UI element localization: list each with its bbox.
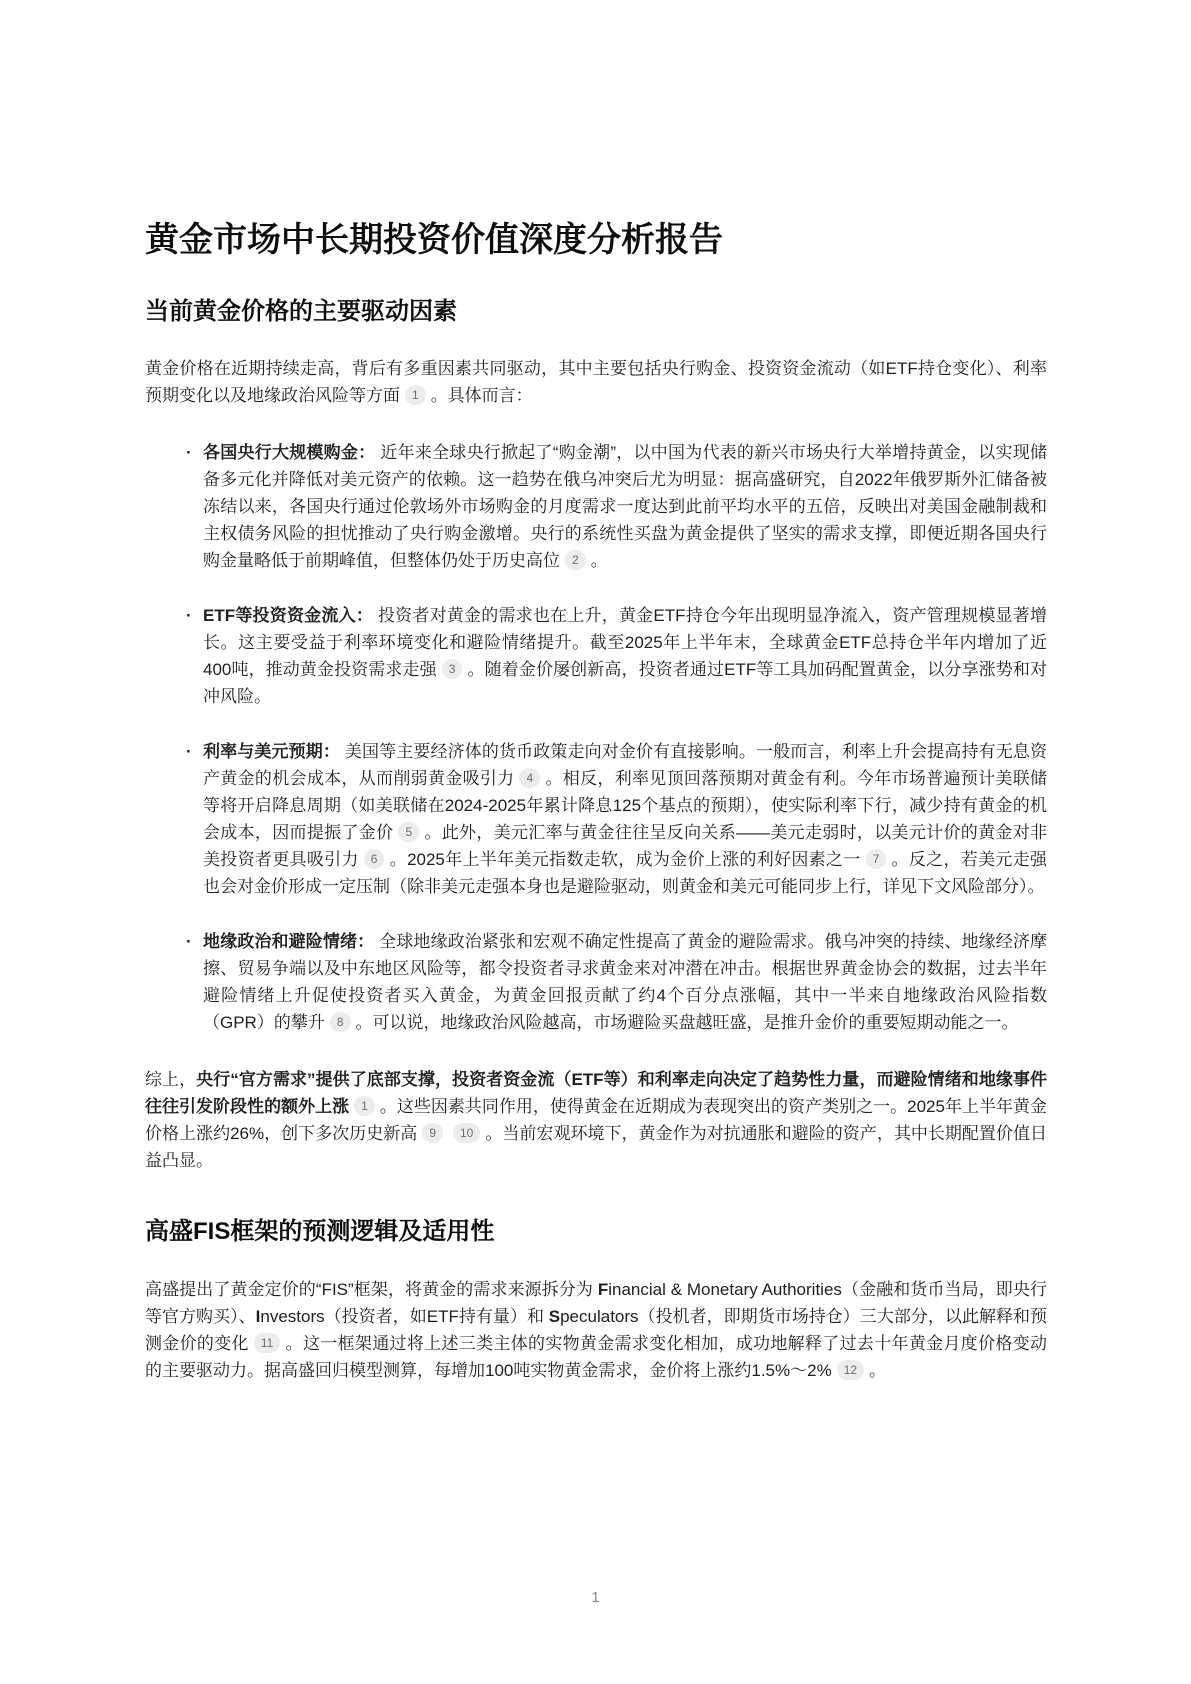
list-item-text: 各国央行大规模购金： 近年来全球央行掀起了“购金潮”，以中国为代表的新兴市场央行… (203, 443, 1047, 570)
citation-badge[interactable]: 3 (442, 659, 463, 679)
list-item-etf-flows: · ETF等投资资金流入： 投资者对黄金的需求也在上升，黄金ETF持仓今年出现明… (203, 602, 1047, 710)
page-number: 1 (0, 1589, 1191, 1606)
intro-paragraph: 黄金价格在近期持续走高，背后有多重因素共同驱动，其中主要包括央行购金、投资资金流… (145, 355, 1047, 409)
bold-text: 利率与美元预期： (203, 742, 340, 761)
drivers-list: · 各国央行大规模购金： 近年来全球央行掀起了“购金潮”，以中国为代表的新兴市场… (145, 439, 1047, 1036)
citation-badge[interactable]: 6 (364, 849, 385, 869)
text-run: nvestors（投资者，如ETF持有量）和 (260, 1307, 548, 1326)
citation-badge[interactable]: 1 (405, 385, 426, 405)
section-heading-drivers: 当前黄金价格的主要驱动因素 (145, 296, 1047, 327)
citation-badge[interactable]: 9 (422, 1123, 443, 1143)
text-run: 高盛提出了黄金定价的“FIS”框架，将黄金的需求来源拆分为 (145, 1280, 598, 1299)
citation-badge[interactable]: 10 (453, 1123, 480, 1143)
citation-badge[interactable]: 1 (354, 1096, 375, 1116)
citation-badge[interactable]: 12 (837, 1360, 864, 1380)
list-item-central-banks: · 各国央行大规模购金： 近年来全球央行掀起了“购金潮”，以中国为代表的新兴市场… (203, 439, 1047, 574)
list-item-rates-dollar: · 利率与美元预期： 美国等主要经济体的货币政策走向对金价有直接影响。一般而言，… (203, 738, 1047, 900)
list-item-text: 利率与美元预期： 美国等主要经济体的货币政策走向对金价有直接影响。一般而言，利率… (203, 742, 1047, 896)
document-title: 黄金市场中长期投资价值深度分析报告 (145, 218, 1047, 262)
citation-badge[interactable]: 5 (398, 822, 419, 842)
bold-text: 地缘政治和避险情绪： (203, 932, 374, 951)
text-run: 黄金价格在近期持续走高，背后有多重因素共同驱动，其中主要包括央行购金、投资资金流… (145, 359, 1047, 405)
citation-badge[interactable]: 4 (519, 768, 540, 788)
bold-text: ETF等投资资金流入： (203, 606, 373, 625)
text-run: 近年来全球央行掀起了“购金潮”，以中国为代表的新兴市场央行大举增持黄金，以实现储… (203, 443, 1047, 570)
text-run: 。 (869, 1361, 886, 1380)
summary-paragraph: 综上，央行“官方需求”提供了底部支撑，投资者资金流（ETF等）和利率走向决定了趋… (145, 1066, 1047, 1174)
list-item-text: ETF等投资资金流入： 投资者对黄金的需求也在上升，黄金ETF持仓今年出现明显净… (203, 606, 1047, 706)
bullet-icon: · (186, 738, 192, 765)
text-run: 。2025年上半年美元指数走软，成为金价上涨的利好因素之一 (389, 850, 860, 869)
text-run: 。这一框架通过将上述三类主体的实物黄金需求变化相加，成功地解释了过去十年黄金月度… (145, 1334, 1047, 1380)
list-item-geopolitics: · 地缘政治和避险情绪： 全球地缘政治紧张和宏观不确定性提高了黄金的避险需求。俄… (203, 928, 1047, 1036)
bullet-icon: · (186, 602, 192, 629)
bullet-icon: · (186, 439, 192, 466)
citation-badge[interactable]: 11 (254, 1333, 280, 1353)
text-run: 。可以说，地缘政治风险越高，市场避险买盘越旺盛，是推升金价的重要短期动能之一。 (356, 1013, 1019, 1032)
list-item-text: 地缘政治和避险情绪： 全球地缘政治紧张和宏观不确定性提高了黄金的避险需求。俄乌冲… (203, 932, 1047, 1032)
section-heading-fis: 高盛FIS框架的预测逻辑及适用性 (145, 1216, 1047, 1247)
text-run: 。 (591, 551, 608, 570)
bold-text: S (549, 1307, 560, 1326)
citation-badge[interactable]: 2 (565, 550, 586, 570)
document-page: 黄金市场中长期投资价值深度分析报告 当前黄金价格的主要驱动因素 黄金价格在近期持… (0, 0, 1191, 1684)
citation-badge[interactable]: 8 (330, 1012, 351, 1032)
text-run: 综上， (145, 1070, 196, 1089)
bold-text: F (598, 1280, 608, 1299)
bold-text: 各国央行大规模购金： (203, 443, 375, 462)
fis-paragraph: 高盛提出了黄金定价的“FIS”框架，将黄金的需求来源拆分为 Financial … (145, 1276, 1047, 1384)
bullet-icon: · (186, 928, 192, 955)
citation-badge[interactable]: 7 (866, 849, 887, 869)
text-run: 。具体而言： (431, 386, 533, 405)
